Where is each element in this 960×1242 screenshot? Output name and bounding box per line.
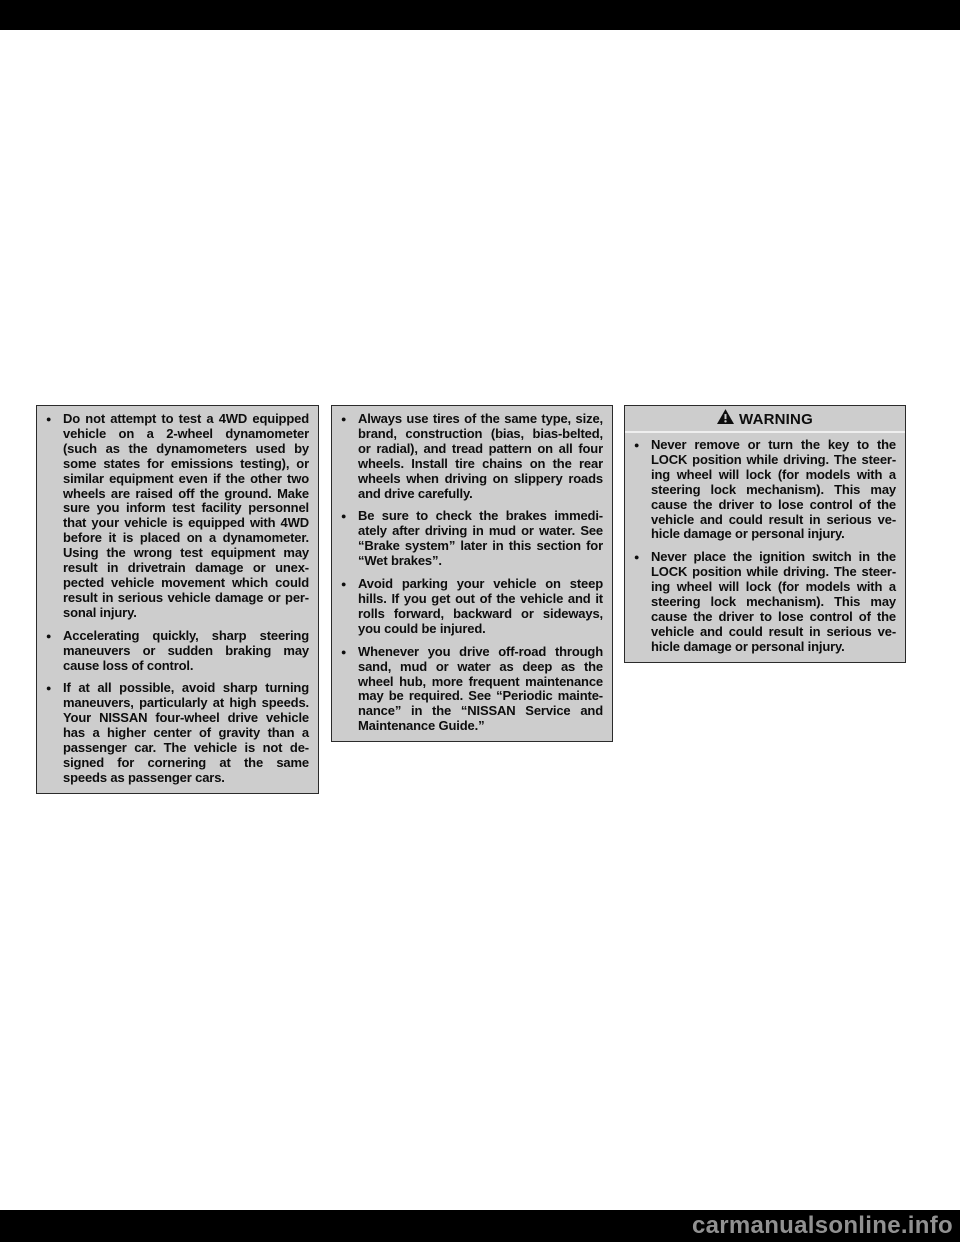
bullet-item: ●Always use tires of the same type, size… — [341, 412, 603, 501]
bullet-icon: ● — [634, 438, 651, 542]
text-line: ing wheel will lock (for models with a — [651, 580, 896, 595]
bullet-text: Be sure to check the brakes immedi-ately… — [358, 509, 603, 569]
text-line: vehicle and could result in serious ve- — [651, 513, 896, 528]
text-line: may be required. See “Periodic mainte- — [358, 689, 603, 704]
text-line: Never place the ignition switch in the — [651, 550, 896, 565]
text-line: sonal injury. — [63, 606, 309, 621]
bullet-text: Accelerating quickly, sharp steeringmane… — [63, 629, 309, 674]
text-line: result in serious vehicle damage or per- — [63, 591, 309, 606]
bullet-icon: ● — [634, 550, 651, 654]
bullet-icon: ● — [46, 681, 63, 785]
text-line: ing wheel will lock (for models with a — [651, 468, 896, 483]
text-line: Maintenance Guide.” — [358, 719, 603, 734]
bullet-text: If at all possible, avoid sharp turningm… — [63, 681, 309, 785]
text-line: signed for cornering at the same — [63, 756, 309, 771]
text-line: “Brake system” later in this section for — [358, 539, 603, 554]
text-line: cause loss of control. — [63, 659, 309, 674]
caution-box-tires-brakes: ●Always use tires of the same type, size… — [331, 405, 613, 742]
text-line: Be sure to check the brakes immedi- — [358, 509, 603, 524]
text-line: that your vehicle is equipped with 4WD — [63, 516, 309, 531]
text-line: Using the wrong test equipment may — [63, 546, 309, 561]
bullet-text: Avoid parking your vehicle on steephills… — [358, 577, 603, 637]
text-line: LOCK position while driving. The steer- — [651, 453, 896, 468]
text-line: Never remove or turn the key to the — [651, 438, 896, 453]
text-line: wheels when driving on slippery roads — [358, 472, 603, 487]
bullet-icon: ● — [46, 629, 63, 674]
bullet-item: ●Whenever you drive off-road throughsand… — [341, 645, 603, 734]
bullet-text: Always use tires of the same type, size,… — [358, 412, 603, 501]
text-line: similar equipment even if the other two — [63, 472, 309, 487]
text-line: Accelerating quickly, sharp steering — [63, 629, 309, 644]
text-line: If at all possible, avoid sharp turning — [63, 681, 309, 696]
bullet-item: ●Do not attempt to test a 4WD equippedve… — [46, 412, 309, 621]
text-line: steering lock mechanism). This may — [651, 595, 896, 610]
text-line: before it is placed on a dynamometer. — [63, 531, 309, 546]
text-line: Whenever you drive off-road through — [358, 645, 603, 660]
text-line: vehicle on a 2-wheel dynamometer — [63, 427, 309, 442]
watermark-text: carmanualsonline.info — [692, 1212, 953, 1240]
text-line: passenger car. The vehicle is not de- — [63, 741, 309, 756]
text-line: and drive carefully. — [358, 487, 603, 502]
bullet-icon: ● — [341, 509, 358, 569]
bullet-icon: ● — [341, 577, 358, 637]
text-line: LOCK position while driving. The steer- — [651, 565, 896, 580]
text-line: ately after driving in mud or water. See — [358, 524, 603, 539]
bullet-item: ●Never place the ignition switch in theL… — [634, 550, 896, 654]
text-line: wheels. Install tire chains on the rear — [358, 457, 603, 472]
bullet-icon: ● — [46, 412, 63, 621]
bullet-item: ●Be sure to check the brakes immedi-atel… — [341, 509, 603, 569]
bullet-text: Never place the ignition switch in theLO… — [651, 550, 896, 654]
bullet-text: Whenever you drive off-road throughsand,… — [358, 645, 603, 734]
text-line: hicle damage or personal injury. — [651, 640, 896, 655]
warning-title: WARNING — [739, 411, 813, 428]
text-line: nance” in the “NISSAN Service and — [358, 704, 603, 719]
bullet-item: ●Never remove or turn the key to theLOCK… — [634, 438, 896, 542]
bullet-text: Do not attempt to test a 4WD equippedveh… — [63, 412, 309, 621]
text-line: Your NISSAN four-wheel drive vehicle — [63, 711, 309, 726]
text-line: has a higher center of gravity than a — [63, 726, 309, 741]
text-line: maneuvers or sudden braking may — [63, 644, 309, 659]
text-line: hills. If you get out of the vehicle and… — [358, 592, 603, 607]
bullet-item: ●Accelerating quickly, sharp steeringman… — [46, 629, 309, 674]
text-line: (such as the dynamometers used by — [63, 442, 309, 457]
text-line: Do not attempt to test a 4WD equipped — [63, 412, 309, 427]
text-line: steering lock mechanism). This may — [651, 483, 896, 498]
text-line: some states for emissions testing), or — [63, 457, 309, 472]
text-line: maneuvers, particularly at high speeds. — [63, 696, 309, 711]
text-line: result in drivetrain damage or unex- — [63, 561, 309, 576]
bullet-item: ●If at all possible, avoid sharp turning… — [46, 681, 309, 785]
text-line: sand, mud or water as deep as the — [358, 660, 603, 675]
text-line: sure you inform test facility personnel — [63, 501, 309, 516]
text-line: vehicle and could result in serious ve- — [651, 625, 896, 640]
text-line: you could be injured. — [358, 622, 603, 637]
bullet-list: ●Never remove or turn the key to theLOCK… — [634, 438, 896, 655]
text-line: Always use tires of the same type, size, — [358, 412, 603, 427]
text-line: cause the driver to lose control of the — [651, 610, 896, 625]
warning-triangle-icon — [717, 409, 734, 429]
bullet-item: ●Avoid parking your vehicle on steephill… — [341, 577, 603, 637]
bullet-list: ●Do not attempt to test a 4WD equippedve… — [46, 412, 309, 786]
text-line: brand, construction (bias, bias-belted, — [358, 427, 603, 442]
text-line: “Wet brakes”. — [358, 554, 603, 569]
bullet-list: ●Always use tires of the same type, size… — [341, 412, 603, 734]
warning-box: WARNING ●Never remove or turn the key to… — [624, 405, 906, 663]
text-line: rolls forward, backward or sideways, — [358, 607, 603, 622]
caution-box-4wd: ●Do not attempt to test a 4WD equippedve… — [36, 405, 319, 794]
text-line: wheels are raised off the ground. Make — [63, 487, 309, 502]
text-line: pected vehicle movement which could — [63, 576, 309, 591]
text-line: Avoid parking your vehicle on steep — [358, 577, 603, 592]
bullet-icon: ● — [341, 412, 358, 501]
top-black-bar — [0, 0, 960, 30]
text-line: wheel hub, more frequent maintenance — [358, 675, 603, 690]
text-line: speeds as passenger cars. — [63, 771, 309, 786]
bullet-text: Never remove or turn the key to theLOCK … — [651, 438, 896, 542]
text-line: or radial), and tread pattern on all fou… — [358, 442, 603, 457]
text-line: hicle damage or personal injury. — [651, 527, 896, 542]
text-line: cause the driver to lose control of the — [651, 498, 896, 513]
bullet-icon: ● — [341, 645, 358, 734]
warning-header: WARNING — [625, 406, 905, 433]
